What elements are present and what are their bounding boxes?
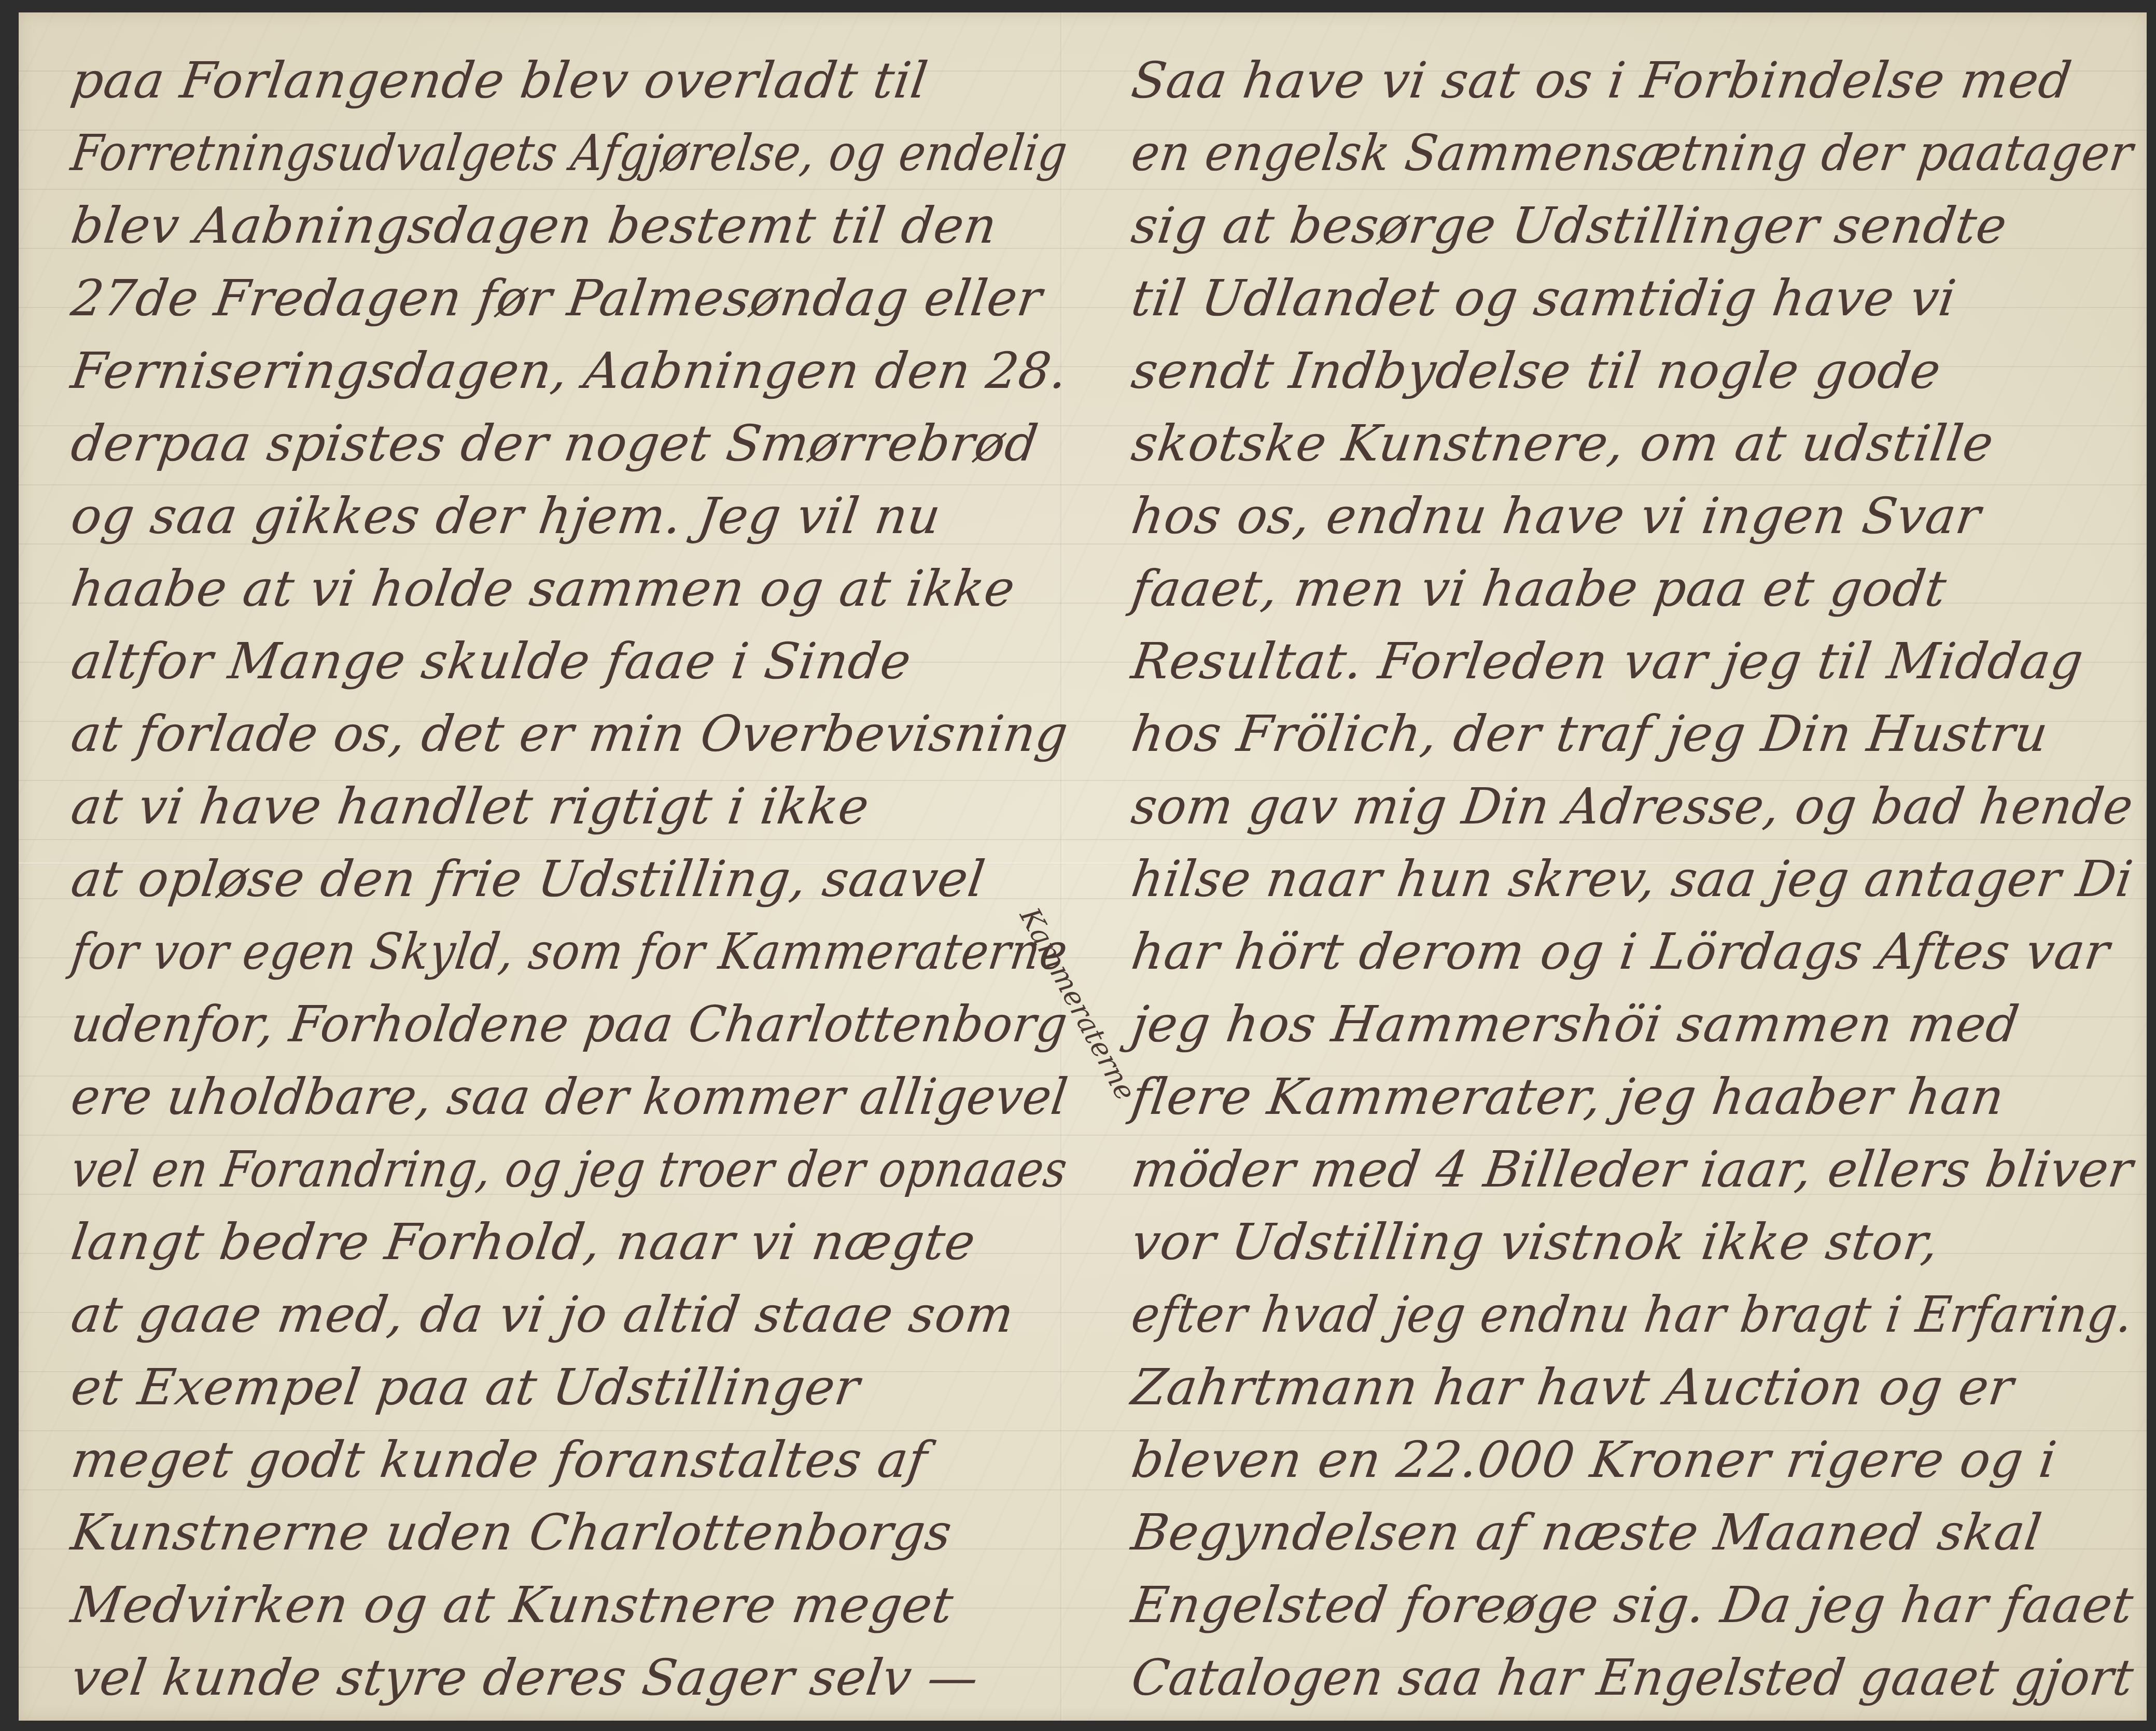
- left-line-10: at forlade os, det er min Overbevisning: [67, 703, 1072, 765]
- left-line-19: et Exempel paa at Udstillinger: [67, 1356, 864, 1418]
- left-line-4: 27de Fredagen før Palmesøndag eller: [67, 267, 1046, 329]
- right-line-22: Engelsted foreøge sig. Da jeg har faaet: [1128, 1574, 2137, 1636]
- right-line-4: til Udlandet og samtidig have vi: [1128, 267, 1960, 329]
- right-line-10: hos Frölich, der traf jeg Din Hustru: [1128, 703, 2052, 765]
- right-line-18: efter hvad jeg endnu har bragt i Erfarin…: [1128, 1283, 2137, 1346]
- right-line-11: som gav mig Din Adresse, og bad hende: [1128, 775, 2137, 837]
- right-line-6: skotske Kunstnere, om at udstille: [1128, 412, 1998, 474]
- left-line-1: paa Forlangende blev overladt til: [67, 49, 932, 111]
- left-line-22: Medvirken og at Kunstnere meget: [67, 1574, 957, 1636]
- left-line-18: at gaae med, da vi jo altid staae som: [67, 1283, 1018, 1346]
- right-line-12: hilse naar hun skrev, saa jeg antager Di: [1128, 848, 2137, 910]
- left-line-11: at vi have handlet rigtigt i ikke: [67, 775, 873, 837]
- left-line-5: Ferniseringsdagen, Aabningen den 28.: [67, 340, 1072, 402]
- left-line-23: vel kunde styre deres Sager selv —: [67, 1646, 983, 1709]
- left-line-13: for vor egen Skyld, som for Kammeraterne: [67, 920, 1072, 983]
- right-line-3: sig at besørge Udstillinger sendte: [1128, 194, 2011, 257]
- right-line-13: har hört derom og i Lördags Aftes var: [1128, 920, 2113, 983]
- left-line-9: altfor Mange skulde faae i Sinde: [67, 630, 915, 692]
- right-line-7: hos os, endnu have vi ingen Svar: [1128, 485, 1985, 547]
- left-line-6: derpaa spistes der noget Smørrebrød: [67, 412, 1042, 474]
- right-line-21: Begyndelsen af næste Maaned skal: [1128, 1501, 2046, 1564]
- right-line-16: möder med 4 Billeder iaar, ellers bliver: [1128, 1138, 2137, 1200]
- left-line-7: og saa gikkes der hjem. Jeg vil nu: [67, 485, 945, 547]
- left-line-8: haabe at vi holde sammen og at ikke: [67, 557, 1019, 620]
- center-fold: [1060, 12, 1063, 1721]
- right-line-9: Resultat. Forleden var jeg til Middag: [1128, 630, 2088, 692]
- left-line-20: meget godt kunde foranstaltes af: [67, 1429, 931, 1491]
- left-line-2: Forretningsudvalgets Afgjørelse, og ende…: [67, 122, 1071, 184]
- left-line-15: ere uholdbare, saa der kommer alligevel: [67, 1066, 1072, 1128]
- right-line-8: faaet, men vi haabe paa et godt: [1128, 557, 1951, 620]
- left-line-3: blev Aabningsdagen bestemt til den: [67, 194, 1001, 257]
- right-line-17: vor Udstilling vistnok ikke stor,: [1128, 1211, 1943, 1273]
- right-line-23: Catalogen saa har Engelsted gaaet gjort: [1128, 1646, 2138, 1709]
- left-line-17: langt bedre Forhold, naar vi nægte: [67, 1211, 979, 1273]
- right-line-2: en engelsk Sammensætning der paatager: [1128, 122, 2137, 184]
- left-line-14: udenfor, Forholdene paa Charlottenborg: [67, 993, 1072, 1055]
- right-line-20: bleven en 22.000 Kroner rigere og i: [1128, 1429, 2061, 1491]
- left-line-21: Kunstnerne uden Charlottenborgs: [67, 1501, 956, 1564]
- right-line-15: flere Kammerater, jeg haaber han: [1128, 1066, 2008, 1128]
- right-line-14: jeg hos Hammershöi sammen med: [1128, 993, 2023, 1055]
- left-line-12: at opløse den frie Udstilling, saavel: [67, 848, 989, 910]
- right-line-19: Zahrtmann har havt Auction og er: [1128, 1356, 2018, 1418]
- right-line-5: sendt Indbydelse til nogle gode: [1128, 340, 1945, 402]
- right-line-1: Saa have vi sat os i Forbindelse med: [1128, 49, 2076, 111]
- left-line-16: vel en Forandring, og jeg troer der opna…: [67, 1138, 1071, 1200]
